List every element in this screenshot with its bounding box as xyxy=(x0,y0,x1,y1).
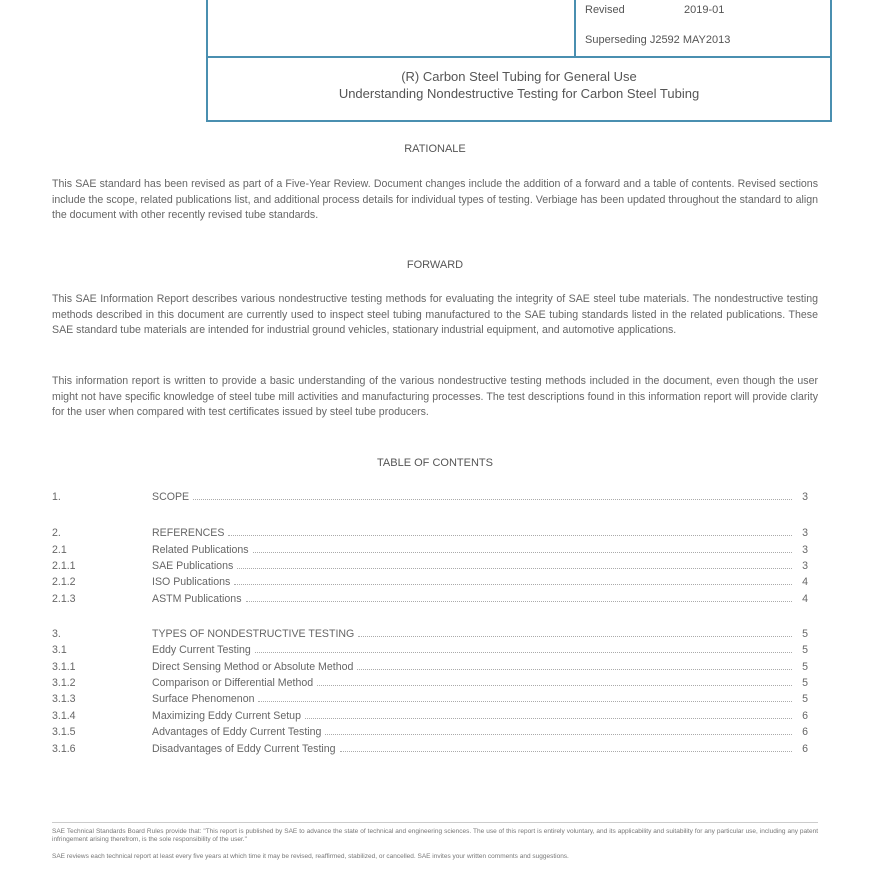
document-header-box: Revised 2019-01 Superseding J2592 MAY201… xyxy=(206,0,832,122)
toc-entry-label: ISO Publications xyxy=(152,576,230,588)
toc-heading: TABLE OF CONTENTS xyxy=(0,457,870,469)
toc-entry[interactable]: 1.SCOPE3 xyxy=(52,489,808,503)
toc-entry-page: 3 xyxy=(796,544,808,556)
toc-entry-label: Advantages of Eddy Current Testing xyxy=(152,726,321,738)
toc-entry-number: 2.1.2 xyxy=(52,576,152,588)
toc-entry[interactable]: 3.1.2Comparison or Differential Method5 xyxy=(52,675,808,689)
toc-entry-label: Eddy Current Testing xyxy=(152,644,251,656)
toc-entry-page: 5 xyxy=(796,661,808,673)
toc-leader-dots xyxy=(340,751,792,752)
toc-entry-number: 1. xyxy=(52,491,152,503)
toc-entry-page: 6 xyxy=(796,743,808,755)
toc-entry[interactable]: 3.1.3Surface Phenomenon5 xyxy=(52,691,808,705)
toc-entry-number: 3.1.2 xyxy=(52,677,152,689)
toc-entry-label: Direct Sensing Method or Absolute Method xyxy=(152,661,353,673)
toc-leader-dots xyxy=(258,701,792,702)
toc-entry-number: 2.1.3 xyxy=(52,593,152,605)
toc-entry-label: Related Publications xyxy=(152,544,249,556)
footer-divider xyxy=(52,822,818,823)
toc-leader-dots xyxy=(317,685,792,686)
revised-value: 2019-01 xyxy=(684,4,724,16)
title-line-2: Understanding Nondestructive Testing for… xyxy=(208,85,830,102)
toc-entry[interactable]: 2.1.3ASTM Publications4 xyxy=(52,591,808,605)
toc-leader-dots xyxy=(255,652,792,653)
toc-entry-page: 4 xyxy=(796,593,808,605)
toc-leader-dots xyxy=(305,718,792,719)
toc-entry-page: 3 xyxy=(796,560,808,572)
toc-entry-page: 6 xyxy=(796,710,808,722)
forward-heading: FORWARD xyxy=(0,259,870,271)
toc-entry[interactable]: 3.1.6Disadvantages of Eddy Current Testi… xyxy=(52,741,808,755)
toc-entry-page: 3 xyxy=(796,491,808,503)
title-line-1: (R) Carbon Steel Tubing for General Use xyxy=(208,68,830,85)
rationale-heading: RATIONALE xyxy=(0,143,870,155)
toc-entry[interactable]: 2.1Related Publications3 xyxy=(52,542,808,556)
toc-leader-dots xyxy=(325,734,792,735)
toc-entry[interactable]: 3.1.4Maximizing Eddy Current Setup6 xyxy=(52,708,808,722)
toc-leader-dots xyxy=(358,636,792,637)
toc-entry-number: 2.1.1 xyxy=(52,560,152,572)
toc-leader-dots xyxy=(246,601,793,602)
toc-entry-page: 6 xyxy=(796,726,808,738)
footer-note-2: SAE reviews each technical report at lea… xyxy=(52,853,818,861)
toc-entry[interactable]: 3.TYPES OF NONDESTRUCTIVE TESTING5 xyxy=(52,626,808,640)
toc-entry-page: 4 xyxy=(796,576,808,588)
toc-entry-number: 3.1.1 xyxy=(52,661,152,673)
toc-entry-label: SAE Publications xyxy=(152,560,233,572)
toc-leader-dots xyxy=(228,535,792,536)
toc-entry-page: 5 xyxy=(796,644,808,656)
toc-entry-label: REFERENCES xyxy=(152,527,224,539)
toc-entry-page: 5 xyxy=(796,628,808,640)
toc-leader-dots xyxy=(193,499,792,500)
header-top-row: Revised 2019-01 Superseding J2592 MAY201… xyxy=(208,0,830,58)
revision-info: Revised 2019-01 Superseding J2592 MAY201… xyxy=(574,0,832,56)
toc-leader-dots xyxy=(234,584,792,585)
toc-entry-number: 2.1 xyxy=(52,544,152,556)
toc-entry[interactable]: 2.1.2ISO Publications4 xyxy=(52,574,808,588)
toc-entry-number: 3.1 xyxy=(52,644,152,656)
footer-note-1: SAE Technical Standards Board Rules prov… xyxy=(52,828,818,844)
toc-entry-number: 3.1.5 xyxy=(52,726,152,738)
toc-entry-label: TYPES OF NONDESTRUCTIVE TESTING xyxy=(152,628,354,640)
revised-label: Revised xyxy=(585,4,625,16)
toc-entry[interactable]: 3.1Eddy Current Testing5 xyxy=(52,642,808,656)
rationale-text: This SAE standard has been revised as pa… xyxy=(52,177,818,224)
toc-entry-number: 3. xyxy=(52,628,152,640)
toc-entry-number: 2. xyxy=(52,527,152,539)
toc-entry-page: 3 xyxy=(796,527,808,539)
toc-entry-number: 3.1.6 xyxy=(52,743,152,755)
toc-entry-label: Disadvantages of Eddy Current Testing xyxy=(152,743,336,755)
toc-entry-label: ASTM Publications xyxy=(152,593,242,605)
toc-entry-label: Surface Phenomenon xyxy=(152,693,254,705)
forward-paragraph-1: This SAE Information Report describes va… xyxy=(52,292,818,339)
toc-entry-label: Maximizing Eddy Current Setup xyxy=(152,710,301,722)
toc-entry-number: 3.1.3 xyxy=(52,693,152,705)
toc-leader-dots xyxy=(237,568,792,569)
forward-paragraph-2: This information report is written to pr… xyxy=(52,374,818,421)
toc-entry[interactable]: 3.1.1Direct Sensing Method or Absolute M… xyxy=(52,659,808,673)
toc-entry-label: SCOPE xyxy=(152,491,189,503)
toc-entry[interactable]: 3.1.5Advantages of Eddy Current Testing6 xyxy=(52,724,808,738)
toc-entry-page: 5 xyxy=(796,677,808,689)
toc-entry[interactable]: 2.1.1SAE Publications3 xyxy=(52,558,808,572)
document-title: (R) Carbon Steel Tubing for General Use … xyxy=(208,68,830,102)
toc-leader-dots xyxy=(253,552,792,553)
toc-leader-dots xyxy=(357,669,792,670)
toc-entry-label: Comparison or Differential Method xyxy=(152,677,313,689)
toc-entry-number: 3.1.4 xyxy=(52,710,152,722)
superseding-text: Superseding J2592 MAY2013 xyxy=(585,34,730,46)
toc-entry-page: 5 xyxy=(796,693,808,705)
toc-entry[interactable]: 2.REFERENCES3 xyxy=(52,525,808,539)
